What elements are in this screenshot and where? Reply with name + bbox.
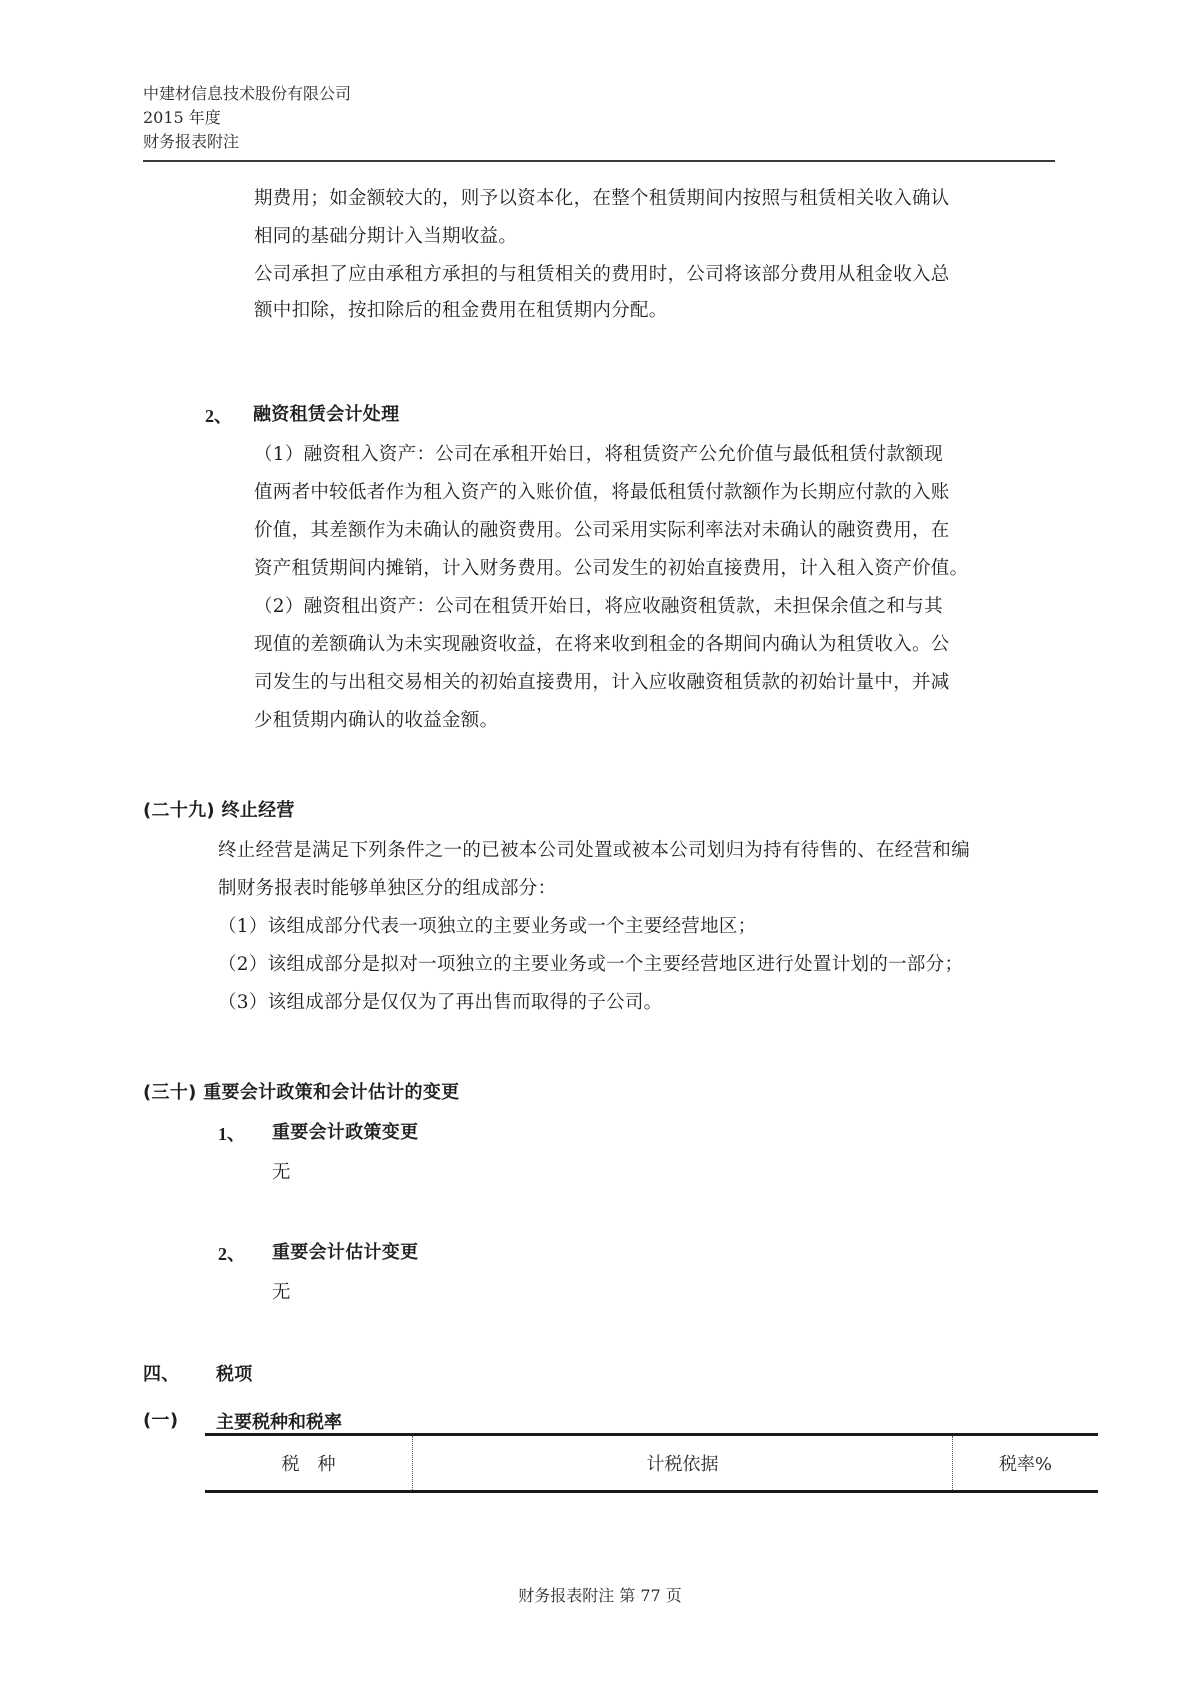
running-header: 中建材信息技术股份有限公司 2015 年度 财务报表附注 [143, 82, 351, 154]
subsection-number: 2、 [218, 1240, 245, 1266]
table-header-row: 税 种 计税依据 税率% [205, 1435, 1098, 1492]
paragraph-line: （2）融资租出资产：公司在租赁开始日，将应收融资租赁款，未担保余值之和与其 [254, 592, 943, 618]
list-item: （3）该组成部分是仅仅为了再出售而取得的子公司。 [218, 988, 662, 1014]
subsection-number: 1、 [218, 1120, 245, 1146]
paragraph-line: 值两者中较低者作为租入资产的入账价值，将最低租赁付款额作为长期应付款的入账 [254, 478, 950, 504]
paragraph-line: 公司承担了应由承租方承担的与租赁相关的费用时，公司将该部分费用从租金收入总 [254, 260, 950, 286]
column-header-tax-type: 税 种 [205, 1435, 413, 1492]
tax-rate-table: 税 种 计税依据 税率% [205, 1433, 1098, 1493]
column-header-tax-basis: 计税依据 [413, 1435, 953, 1492]
paragraph-line: 现值的差额确认为未实现融资收益，在将来收到租金的各期间内确认为租赁收入。公 [254, 630, 950, 656]
column-header-tax-rate: 税率% [953, 1435, 1099, 1492]
list-item: （1）该组成部分代表一项独立的主要业务或一个主要经营地区； [218, 912, 756, 938]
paragraph-line: 资产租赁期间内摊销，计入财务费用。公司发生的初始直接费用，计入租入资产价值。 [254, 554, 968, 580]
chapter-title: 税项 [216, 1360, 253, 1386]
subchapter-number: (一) [143, 1406, 178, 1432]
paragraph-line: 少租赁期内确认的收益金额。 [254, 706, 498, 732]
table-title: 主要税种和税率 [216, 1408, 342, 1434]
subsection-title: 重要会计政策变更 [272, 1118, 418, 1144]
subsection-body: 无 [272, 1278, 291, 1304]
page-footer: 财务报表附注 第 77 页 [0, 1583, 1200, 1606]
report-year: 2015 年度 [143, 106, 351, 130]
chapter-number: 四、 [143, 1360, 180, 1386]
paragraph-line: 制财务报表时能够单独区分的组成部分： [218, 874, 556, 900]
document-page: 中建材信息技术股份有限公司 2015 年度 财务报表附注 期费用；如金额较大的，… [0, 0, 1200, 1696]
paragraph-line: 额中扣除，按扣除后的租金费用在租赁期内分配。 [254, 296, 668, 322]
paragraph-line: 终止经营是满足下列条件之一的已被本公司处置或被本公司划归为持有待售的、在经营和编 [218, 836, 970, 862]
section-title: (二十九) 终止经营 [143, 796, 295, 822]
document-title: 财务报表附注 [143, 130, 351, 154]
subsection-body: 无 [272, 1158, 291, 1184]
paragraph-line: 期费用；如金额较大的，则予以资本化，在整个租赁期间内按照与租赁相关收入确认 [254, 184, 950, 210]
paragraph-line: 价值，其差额作为未确认的融资费用。公司采用实际利率法对未确认的融资费用，在 [254, 516, 950, 542]
paragraph-line: 司发生的与出租交易相关的初始直接费用，计入应收融资租赁款的初始计量中，并减 [254, 668, 950, 694]
subsection-number: 2、 [205, 402, 232, 428]
company-name: 中建材信息技术股份有限公司 [143, 82, 351, 106]
subsection-title: 重要会计估计变更 [272, 1238, 418, 1264]
paragraph-line: （1）融资租入资产：公司在承租开始日，将租赁资产公允价值与最低租赁付款额现 [254, 440, 943, 466]
subsection-title: 融资租赁会计处理 [253, 400, 399, 426]
paragraph-line: 相同的基础分期计入当期收益。 [254, 222, 517, 248]
section-title: (三十) 重要会计政策和会计估计的变更 [143, 1078, 459, 1104]
header-divider [143, 160, 1055, 162]
list-item: （2）该组成部分是拟对一项独立的主要业务或一个主要经营地区进行处置计划的一部分； [218, 950, 963, 976]
